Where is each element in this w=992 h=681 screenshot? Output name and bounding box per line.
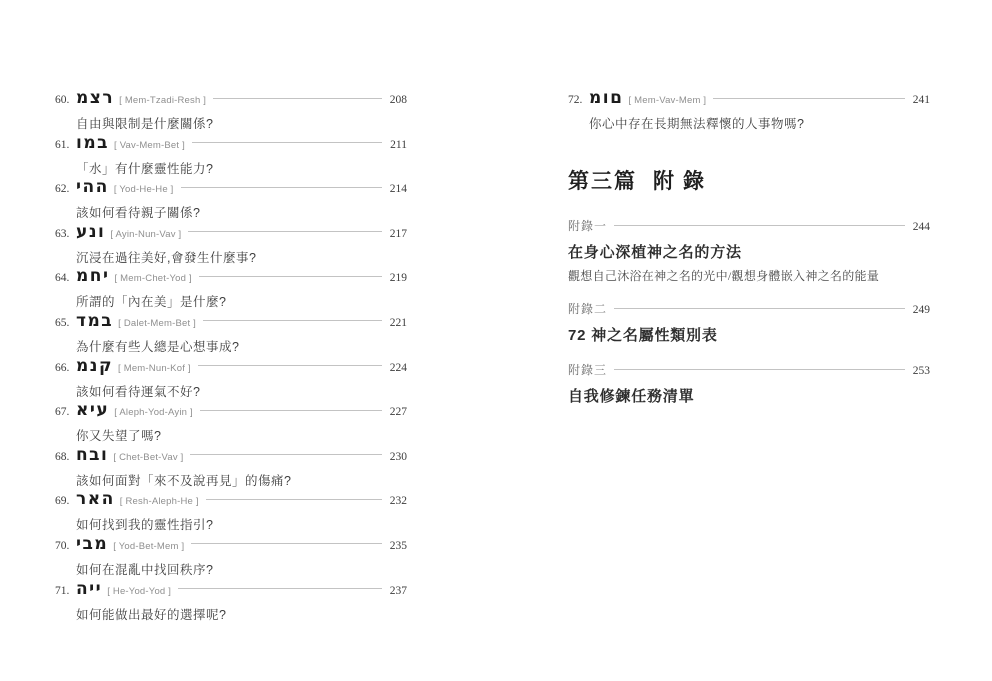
transliteration-label: [ Chet-Bet-Vav ] — [113, 452, 183, 463]
appendix-label: 附錄二 — [568, 300, 607, 317]
leader-line — [206, 499, 382, 500]
hebrew-name: יהה — [76, 177, 109, 197]
hebrew-name: יבמ — [76, 534, 108, 554]
page-number: 244 — [913, 221, 930, 233]
appendix-item: 附錄二 249 72 神之名屬性類別表 — [568, 300, 930, 345]
toc-entry-head: 69. ראה [ Resh-Aleph-He ] 232 — [55, 489, 407, 509]
entry-number: 63. — [55, 228, 76, 240]
leader-line — [713, 98, 904, 99]
entry-question: 所謂的「內在美」是什麼? — [55, 292, 407, 310]
page-number: 232 — [390, 495, 407, 507]
transliteration-label: [ Aleph-Yod-Ayin ] — [114, 407, 193, 418]
transliteration-label: [ Ayin-Nun-Vav ] — [110, 229, 181, 240]
hebrew-name: מחי — [76, 266, 110, 286]
page-number: 224 — [390, 362, 407, 374]
entry-number: 68. — [55, 451, 76, 463]
entry-number: 69. — [55, 495, 76, 507]
appendix-title: 72 神之名屬性類別表 — [568, 324, 930, 345]
toc-entry-head: 71. היי [ He-Yod-Yod ] 237 — [55, 579, 407, 599]
entry-question: 該如何面對「來不及說再見」的傷痛? — [55, 471, 407, 489]
toc-entry: 69. ראה [ Resh-Aleph-He ] 232 如何找到我的靈性指引… — [55, 489, 407, 534]
appendix-label-row: 附錄三 253 — [568, 361, 930, 378]
entry-question: 如何找到我的靈性指引? — [55, 515, 407, 533]
toc-entry: 64. מחי [ Mem-Chet-Yod ] 219 所謂的「內在美」是什麼… — [55, 266, 407, 311]
leader-line — [198, 365, 382, 366]
toc-entry-head: 70. יבמ [ Yod-Bet-Mem ] 235 — [55, 534, 407, 554]
hebrew-name: היי — [76, 579, 102, 599]
transliteration-label: [ Resh-Aleph-He ] — [120, 496, 199, 507]
page-number: 219 — [390, 272, 407, 284]
toc-entry-head: 65. דמב [ Dalet-Mem-Bet ] 221 — [55, 311, 407, 331]
toc-entry: 60. מצר [ Mem-Tzadi-Resh ] 208 自由與限制是什麼關… — [55, 88, 407, 133]
hebrew-name: דמב — [76, 311, 113, 331]
entry-number: 70. — [55, 540, 76, 552]
toc-entry: 66. מנק [ Mem-Nun-Kof ] 224 該如何看待運氣不好? — [55, 356, 407, 401]
transliteration-label: [ Mem-Chet-Yod ] — [115, 273, 192, 284]
hebrew-name: איע — [76, 400, 109, 420]
left-page-column: 60. מצר [ Mem-Tzadi-Resh ] 208 自由與限制是什麼關… — [55, 88, 407, 623]
part-label: 第三篇 — [568, 169, 637, 193]
toc-entry-head: 66. מנק [ Mem-Nun-Kof ] 224 — [55, 356, 407, 376]
right-page-column: 72. מום [ Mem-Vav-Mem ] 241 你心中存在長期無法釋懷的… — [568, 88, 930, 422]
leader-line — [614, 369, 905, 370]
leader-line — [190, 454, 381, 455]
toc-entry-head: 60. מצר [ Mem-Tzadi-Resh ] 208 — [55, 88, 407, 108]
transliteration-label: [ He-Yod-Yod ] — [107, 586, 171, 597]
part-title: 附錄 — [653, 169, 713, 193]
transliteration-label: [ Dalet-Mem-Bet ] — [118, 318, 196, 329]
entry-number: 60. — [55, 94, 76, 106]
page-number: 214 — [390, 183, 407, 195]
toc-entry: 70. יבמ [ Yod-Bet-Mem ] 235 如何在混亂中找回秩序? — [55, 534, 407, 579]
page-number: 235 — [390, 540, 407, 552]
hebrew-name: מצר — [76, 88, 114, 108]
appendix-title: 在身心深植神之名的方法 — [568, 241, 930, 262]
toc-entry: 67. איע [ Aleph-Yod-Ayin ] 227 你又失望了嗎? — [55, 400, 407, 445]
leader-line — [213, 98, 382, 99]
appendix-item: 附錄三 253 自我修鍊任務清單 — [568, 361, 930, 406]
hebrew-name: ראה — [76, 489, 115, 509]
toc-entry: 65. דמב [ Dalet-Mem-Bet ] 221 為什麼有些人總是心想… — [55, 311, 407, 356]
toc-entry-head: 68. חבו [ Chet-Bet-Vav ] 230 — [55, 445, 407, 465]
page-number: 208 — [390, 94, 407, 106]
leader-line — [188, 231, 381, 232]
page-number: 221 — [390, 317, 407, 329]
page-number: 227 — [390, 406, 407, 418]
page-number: 230 — [390, 451, 407, 463]
toc-entry-head: 67. איע [ Aleph-Yod-Ayin ] 227 — [55, 400, 407, 420]
entry-number: 72. — [568, 94, 589, 106]
transliteration-label: [ Yod-He-He ] — [114, 184, 174, 195]
toc-entry-head: 62. יהה [ Yod-He-He ] 214 — [55, 177, 407, 197]
entry-question: 為什麼有些人總是心想事成? — [55, 337, 407, 355]
toc-entry: 61. ומב [ Vav-Mem-Bet ] 211 「水」有什麼靈性能力? — [55, 133, 407, 178]
leader-line — [181, 187, 382, 188]
leader-line — [191, 543, 381, 544]
toc-entry: 62. יהה [ Yod-He-He ] 214 該如何看待親子關係? — [55, 177, 407, 222]
section-heading: 第三篇附錄 — [568, 167, 930, 195]
entry-question: 如何能做出最好的選擇呢? — [55, 605, 407, 623]
entry-number: 64. — [55, 272, 76, 284]
toc-entry-head: 72. מום [ Mem-Vav-Mem ] 241 — [568, 88, 930, 108]
page-number: 253 — [913, 365, 930, 377]
entry-question: 你心中存在長期無法釋懷的人事物嗎? — [568, 114, 930, 132]
appendix-item: 附錄一 244 在身心深植神之名的方法 觀想自己沐浴在神之名的光中/觀想身體嵌入… — [568, 217, 930, 284]
transliteration-label: [ Mem-Nun-Kof ] — [118, 363, 191, 374]
entry-number: 71. — [55, 585, 76, 597]
hebrew-name: ומב — [76, 133, 109, 153]
entry-question: 沉浸在過往美好,會發生什麼事? — [55, 248, 407, 266]
appendix-label-row: 附錄一 244 — [568, 217, 930, 234]
toc-entry-head: 64. מחי [ Mem-Chet-Yod ] 219 — [55, 266, 407, 286]
entry-number: 65. — [55, 317, 76, 329]
toc-entry: 68. חבו [ Chet-Bet-Vav ] 230 該如何面對「來不及說再… — [55, 445, 407, 490]
transliteration-label: [ Mem-Vav-Mem ] — [628, 95, 706, 106]
toc-entry-head: 63. ענו [ Ayin-Nun-Vav ] 217 — [55, 222, 407, 242]
leader-line — [192, 142, 382, 143]
entry-question: 「水」有什麼靈性能力? — [55, 159, 407, 177]
leader-line — [199, 276, 382, 277]
toc-entry: 63. ענו [ Ayin-Nun-Vav ] 217 沉浸在過往美好,會發生… — [55, 222, 407, 267]
appendix-label: 附錄三 — [568, 361, 607, 378]
leader-line — [200, 410, 382, 411]
leader-line — [614, 308, 905, 309]
page-number: 241 — [913, 94, 930, 106]
hebrew-name: חבו — [76, 445, 108, 465]
appendix-label: 附錄一 — [568, 217, 607, 234]
page-number: 249 — [913, 304, 930, 316]
leader-line — [614, 225, 905, 226]
transliteration-label: [ Yod-Bet-Mem ] — [113, 541, 184, 552]
toc-entry-head: 61. ומב [ Vav-Mem-Bet ] 211 — [55, 133, 407, 153]
toc-entry: 71. היי [ He-Yod-Yod ] 237 如何能做出最好的選擇呢? — [55, 579, 407, 624]
hebrew-name: מנק — [76, 356, 113, 376]
page-number: 211 — [390, 139, 407, 151]
entry-question: 自由與限制是什麼關係? — [55, 114, 407, 132]
entry-number: 61. — [55, 139, 76, 151]
entry-question: 該如何看待運氣不好? — [55, 382, 407, 400]
hebrew-name: מום — [589, 88, 623, 108]
entry-question: 該如何看待親子關係? — [55, 203, 407, 221]
entry-number: 67. — [55, 406, 76, 418]
hebrew-name: ענו — [76, 222, 105, 242]
entry-number: 66. — [55, 362, 76, 374]
appendix-list: 附錄一 244 在身心深植神之名的方法 觀想自己沐浴在神之名的光中/觀想身體嵌入… — [568, 217, 930, 406]
leader-line — [178, 588, 382, 589]
appendix-label-row: 附錄二 249 — [568, 300, 930, 317]
book-toc-spread: { "colors": { "text": "#3c3c3c", "hebrew… — [0, 0, 992, 681]
leader-line — [203, 320, 382, 321]
entry-number: 62. — [55, 183, 76, 195]
toc-entry: 72. מום [ Mem-Vav-Mem ] 241 你心中存在長期無法釋懷的… — [568, 88, 930, 133]
transliteration-label: [ Vav-Mem-Bet ] — [114, 140, 185, 151]
transliteration-label: [ Mem-Tzadi-Resh ] — [119, 95, 206, 106]
entry-question: 你又失望了嗎? — [55, 426, 407, 444]
appendix-title: 自我修鍊任務清單 — [568, 385, 930, 406]
entry-question: 如何在混亂中找回秩序? — [55, 560, 407, 578]
appendix-subtitle: 觀想自己沐浴在神之名的光中/觀想身體嵌入神之名的能量 — [568, 267, 930, 284]
page-number: 217 — [390, 228, 407, 240]
page-number: 237 — [390, 585, 407, 597]
